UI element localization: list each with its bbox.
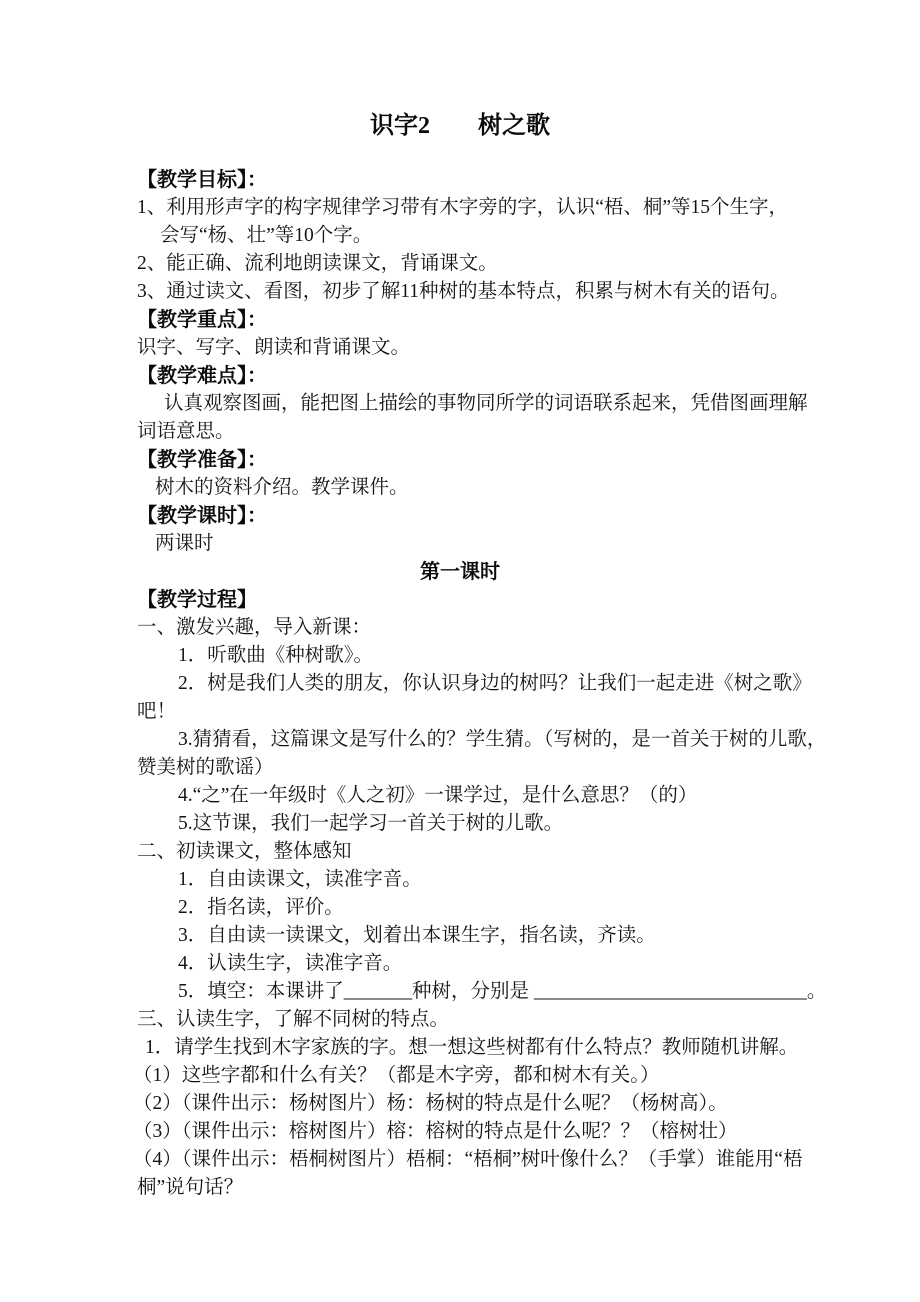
step-3-1-q3: （3）（课件出示：榕树图片）榕：榕树的特点是什么呢？？（榕树壮） — [133, 1118, 738, 1146]
preparation-text: 树木的资料介绍。教学课件。 — [155, 474, 409, 502]
section-1-title: 一、激发兴趣，导入新课： — [137, 614, 371, 642]
step-2-5-fill-blank: 5．填空：本课讲了_______种树，分别是 _________________… — [178, 978, 826, 1006]
step-3-1-q1: （1）这些字都和什么有关？（都是木字旁，都和树木有关。） — [133, 1062, 660, 1090]
step-3-1-q2: （2）（课件出示：杨树图片）杨：杨树的特点是什么呢？（杨树高）。 — [133, 1090, 728, 1118]
heading-teaching-periods: 【教学课时】： — [137, 502, 267, 530]
document-title: 识字2 树之歌 — [0, 110, 920, 142]
step-3-1: 1．请学生找到木字家族的字。想一想这些树都有什么特点？教师随机讲解。 — [145, 1034, 798, 1062]
heading-teaching-goals: 【教学目标】： — [137, 166, 267, 194]
heading-teaching-preparation: 【教学准备】： — [137, 446, 267, 474]
step-3-1-q4-line-1: （4）（课件出示：梧桐树图片）梧桐：“梧桐”树叶像什么？（手掌）谁能用“梧 — [133, 1146, 802, 1174]
goal-1-line-1: 1、利用形声字的构字规律学习带有木字旁的字，认识“梧、桐”等15个生字， — [137, 194, 788, 222]
step-2-1: 1．自由读课文，读准字音。 — [178, 866, 422, 894]
heading-teaching-key-points: 【教学重点】： — [137, 306, 267, 334]
difficulties-line-1: 认真观察图画，能把图上描绘的事物同所学的词语联系起来，凭借图画理解 — [164, 390, 808, 418]
step-2-2: 2．指名读，评价。 — [178, 894, 344, 922]
step-2-3: 3．自由读一读课文，划着出本课生字，指名读，齐读。 — [178, 922, 656, 950]
key-points-text: 识字、写字、朗读和背诵课文。 — [137, 334, 410, 362]
step-3-1-q4-line-2: 桐”说句话？ — [137, 1174, 243, 1202]
goal-1-line-2: 会写“杨、壮”等10个字。 — [160, 222, 372, 250]
step-1-3-line-2: 赞美树的歌谣） — [137, 754, 274, 782]
heading-teaching-difficulties: 【教学难点】： — [137, 362, 267, 390]
step-1-2-line-1: 2．树是我们人类的朋友，你认识身边的树吗？让我们一起走进《树之歌》 — [178, 670, 812, 698]
step-1-1: 1．听歌曲《种树歌》。 — [178, 642, 373, 670]
section-3-title: 三、认读生字，了解不同树的特点。 — [137, 1006, 449, 1034]
difficulties-line-2: 词语意思。 — [137, 418, 235, 446]
step-2-4: 4．认读生字，读准字音。 — [178, 950, 402, 978]
step-1-5: 5.这节课，我们一起学习一首关于树的儿歌。 — [178, 810, 563, 838]
step-1-2-line-2: 吧！ — [137, 698, 176, 726]
periods-text: 两课时 — [155, 530, 214, 558]
heading-teaching-process: 【教学过程】 — [137, 586, 257, 614]
section-2-title: 二、初读课文，整体感知 — [137, 838, 352, 866]
goal-3: 3、通过读文、看图，初步了解11种树的基本特点，积累与树木有关的语句。 — [137, 278, 790, 306]
document-page: 识字2 树之歌 【教学目标】： 1、利用形声字的构字规律学习带有木字旁的字，认识… — [0, 0, 920, 1302]
step-1-3-line-1: 3.猜猜看，这篇课文是写什么的？学生猜。（写树的，是一首关于树的儿歌， — [178, 726, 826, 754]
goal-2: 2、能正确、流利地朗读课文，背诵课文。 — [137, 250, 498, 278]
step-1-4: 4.“之”在一年级时《人之初》一课学过，是什么意思？（的） — [178, 782, 697, 810]
subtitle-first-period: 第一课时 — [0, 558, 920, 586]
